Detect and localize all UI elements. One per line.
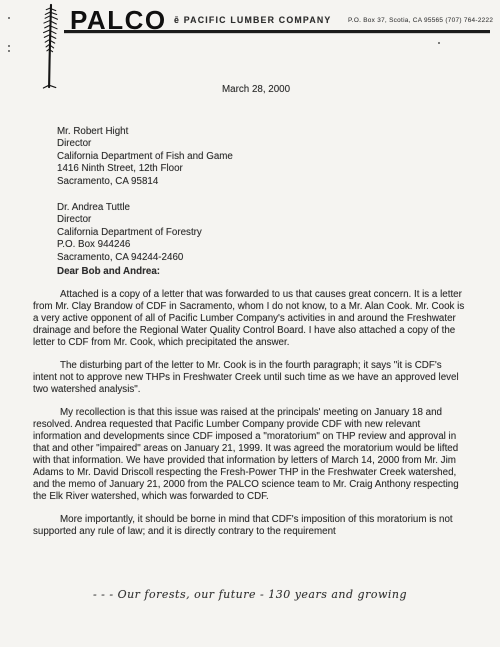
redwood-tree-icon <box>36 3 66 89</box>
footer-slogan: - - - Our forests, our future - 130 year… <box>0 588 500 601</box>
recipient-org: California Department of Forestry <box>57 227 202 239</box>
recipient-city: Sacramento, CA 95814 <box>57 176 233 188</box>
letterhead-rule <box>64 30 490 33</box>
letter-page: PALCO ē PACIFIC LUMBER COMPANY P.O. Box … <box>0 0 500 647</box>
scan-artifact <box>438 42 440 44</box>
recipient-block-forestry: Dr. Andrea Tuttle Director California De… <box>57 202 202 264</box>
recipient-street: P.O. Box 944246 <box>57 239 202 251</box>
recipient-title: Director <box>57 214 202 226</box>
scan-artifact <box>8 17 10 19</box>
recipient-org: California Department of Fish and Game <box>57 151 233 163</box>
recipient-title: Director <box>57 138 233 150</box>
paragraph: My recollection is that this issue was r… <box>33 407 465 503</box>
letter-body: Attached is a copy of a letter that was … <box>33 289 465 549</box>
paragraph: The disturbing part of the letter to Mr.… <box>33 360 465 396</box>
recipient-block-fish-and-game: Mr. Robert Hight Director California Dep… <box>57 126 233 188</box>
recipient-city: Sacramento, CA 94244-2460 <box>57 252 202 264</box>
salutation: Dear Bob and Andrea: <box>57 266 160 277</box>
scan-artifact <box>8 50 10 52</box>
company-name: ē PACIFIC LUMBER COMPANY <box>174 15 332 25</box>
paragraph: Attached is a copy of a letter that was … <box>33 289 465 349</box>
recipient-name: Dr. Andrea Tuttle <box>57 202 202 214</box>
paragraph: More importantly, it should be borne in … <box>33 514 465 538</box>
recipient-name: Mr. Robert Hight <box>57 126 233 138</box>
scan-artifact <box>8 45 10 47</box>
company-contact: P.O. Box 37, Scotia, CA 95565 (707) 764-… <box>348 17 493 24</box>
letter-date: March 28, 2000 <box>222 84 290 95</box>
recipient-street: 1416 Ninth Street, 12th Floor <box>57 163 233 175</box>
